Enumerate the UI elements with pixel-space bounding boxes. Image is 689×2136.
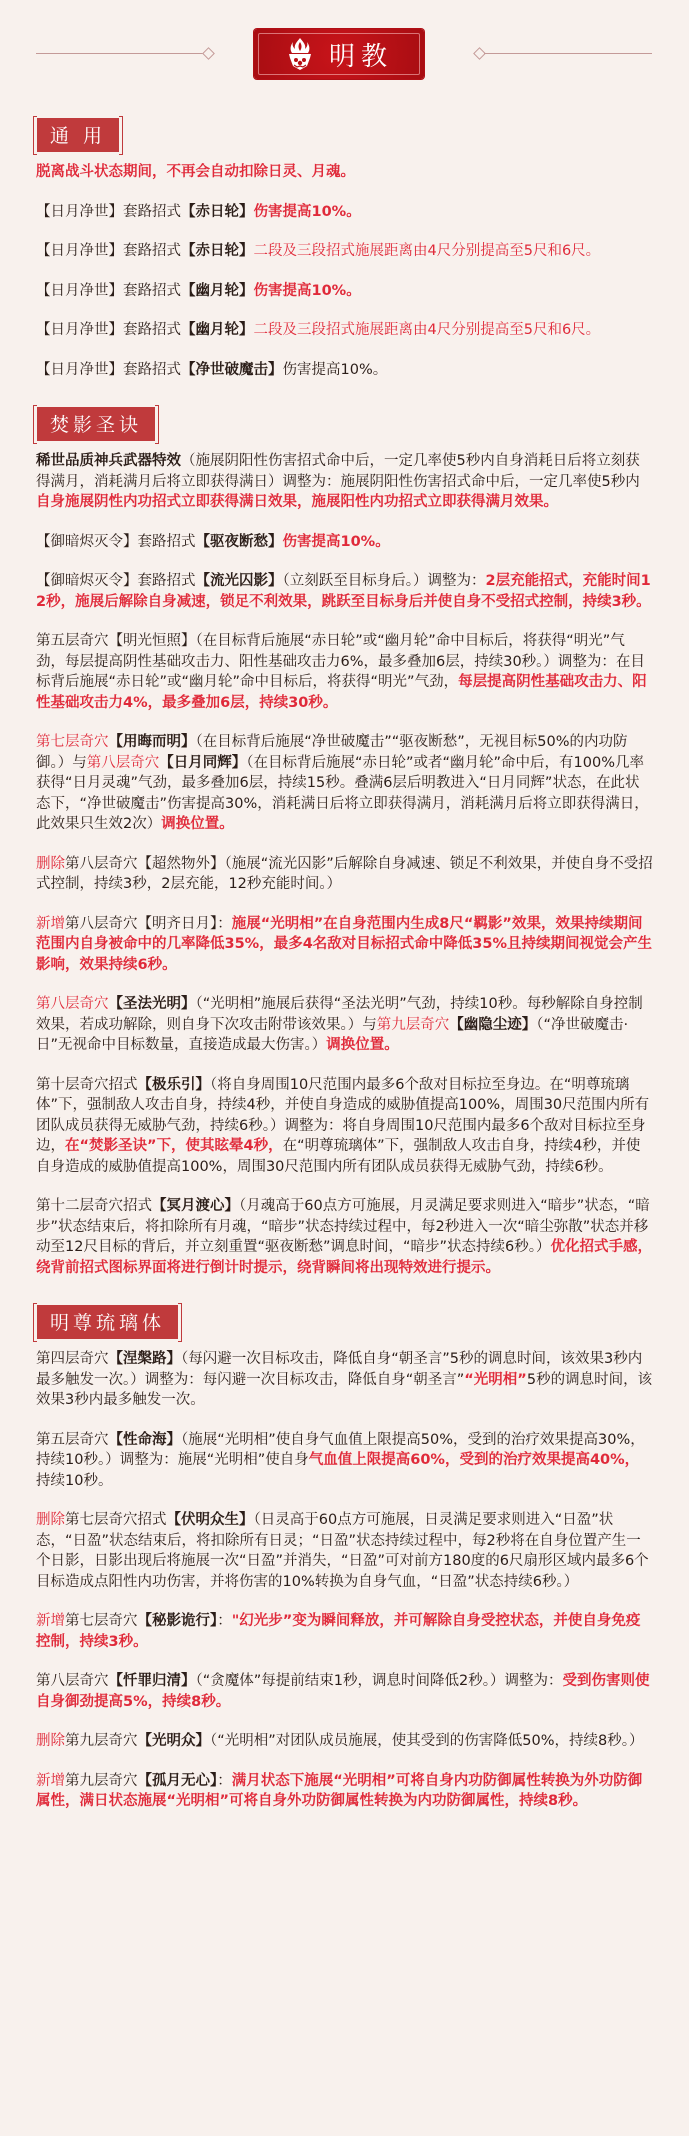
skill-name: 稀世品质神兵武器特效: [36, 453, 181, 469]
change-entry: 删除第八层奇穴【超然物外】（施展“流光囚影”后解除自身减速、锁足不利效果，并使自…: [36, 854, 653, 895]
body-text: （“光明相”对团队成员施展，使其受到的伤害降低50%，持续8秒。）: [210, 1733, 643, 1749]
section-mingzun-liulits: 明尊琉璃体 第四层奇穴【涅槃路】（每闪避一次目标攻击，降低自身“朝圣言”5秒的调…: [36, 1297, 653, 1812]
body-text: （立刻跃至目标身后。）调整为：: [283, 573, 486, 589]
highlight-text: 第七层奇穴: [36, 734, 109, 750]
change-entry: 删除第九层奇穴【光明众】（“光明相”对团队成员施展，使其受到的伤害降低50%，持…: [36, 1731, 653, 1752]
body-text: 第五层奇穴: [36, 1432, 109, 1448]
section-general: 通 用 脱离战斗状态期间，不再会自动扣除日灵、月魂。【日月净世】套路招式【赤日轮…: [36, 110, 653, 380]
body-text: 【御暗烬灭令】套路招式: [36, 534, 196, 550]
body-text: 第九层奇穴: [65, 1773, 138, 1789]
change-entry: 【御暗烬灭令】套路招式【驱夜断愁】伤害提高10%。: [36, 532, 653, 553]
body-text: 伤害提高10%。: [283, 362, 388, 378]
change-entry: 删除第七层奇穴招式【伏明众生】（日灵高于60点方可施展，日灵满足要求则进入“日盈…: [36, 1510, 653, 1592]
change-entry: 新增第九层奇穴【孤月无心】：满月状态下施展“光明相”可将自身内功防御属性转换为外…: [36, 1771, 653, 1812]
change-entry: 新增第八层奇穴【明齐日月】：施展“光明相”在自身范围内生成8尺“羁影”效果，效果…: [36, 914, 653, 976]
change-entry: 【日月净世】套路招式【幽月轮】伤害提高10%。: [36, 281, 653, 302]
body-text: 【日月净世】套路招式: [36, 362, 181, 378]
body-text: 第八层奇穴【超然物外】（施展“流光囚影”后解除自身减速、锁足不利效果，并使自身不…: [36, 856, 653, 893]
skill-name: 【幽月轮】: [181, 283, 254, 299]
change-entry: 第八层奇穴【圣法光明】（“光明相”施展后获得“圣法光明”气劲，持续10秒。每秒解…: [36, 994, 653, 1056]
body-text: 第四层奇穴: [36, 1351, 109, 1367]
body-text: ：: [217, 1773, 232, 1789]
highlight-text: 第八层奇穴: [36, 996, 109, 1012]
body-text: 第九层奇穴: [65, 1733, 138, 1749]
body-text: 【日月净世】套路招式: [36, 204, 181, 220]
skill-name: 【用晦而明】: [109, 734, 196, 750]
title-plate: 明教: [254, 29, 424, 79]
body-text: 【御暗烬灭令】套路招式: [36, 573, 196, 589]
change-entry: 【日月净世】套路招式【幽月轮】二段及三段招式施展距离由4尺分别提高至5尺和6尺。: [36, 320, 653, 341]
skill-name: 【圣法光明】: [109, 996, 196, 1012]
change-entry: 【日月净世】套路招式【净世破魔击】伤害提高10%。: [36, 360, 653, 381]
flame-mask-icon: [285, 36, 315, 72]
patch-notes-content: 通 用 脱离战斗状态期间，不再会自动扣除日灵、月魂。【日月净世】套路招式【赤日轮…: [0, 110, 689, 1812]
skill-name: 【幽月轮】: [181, 322, 254, 338]
highlight-text: 删除: [36, 856, 65, 872]
body-text: 第七层奇穴: [65, 1613, 138, 1629]
body-text: 第十层奇穴招式: [36, 1077, 138, 1093]
skill-name: 【日月同辉】: [159, 755, 246, 771]
highlight-text: 调换位置。: [326, 1037, 399, 1053]
body-text: 第八层奇穴: [36, 1673, 109, 1689]
body-text: 【日月净世】套路招式: [36, 283, 181, 299]
change-entry: 第四层奇穴【涅槃路】（每闪避一次目标攻击，降低自身“朝圣言”5秒的调息时间，该效…: [36, 1349, 653, 1411]
change-entry: 【御暗烬灭令】套路招式【流光囚影】（立刻跃至目标身后。）调整为：2层充能招式，充…: [36, 571, 653, 612]
change-entry: 第八层奇穴【忏罪归清】（“贪魔体”每提前结束1秒，调息时间降低2秒。）调整为：受…: [36, 1671, 653, 1712]
highlight-text: 二段及三段招式施展距离由4尺分别提高至5尺和6尺。: [254, 243, 601, 259]
divider-line-right: [484, 53, 652, 54]
highlight-text: 新增: [36, 1613, 65, 1629]
body-text: （“贪魔体”每提前结束1秒，调息时间降低2秒。）调整为：: [196, 1673, 563, 1689]
highlight-text: 伤害提高10%。: [254, 204, 361, 220]
change-entry: 新增第七层奇穴【秘影诡行】："幻光步”变为瞬间释放，并可解除自身受控状态，并使自…: [36, 1611, 653, 1652]
change-entry: 第十二层奇穴招式【冥月渡心】（月魂高于60点方可施展，月灵满足要求则进入“暗步”…: [36, 1196, 653, 1278]
skill-name: 【极乐引】: [138, 1077, 211, 1093]
skill-name: 【赤日轮】: [181, 243, 254, 259]
change-entry: 第五层奇穴【性命海】（施展“光明相”使自身气血值上限提高50%，受到的治疗效果提…: [36, 1430, 653, 1492]
body-text: 【日月净世】套路招式: [36, 243, 181, 259]
body-text: 第十二层奇穴招式: [36, 1198, 152, 1214]
skill-name: 【秘影诡行】: [138, 1613, 218, 1629]
section-fenying-shengjue: 焚影圣诀 稀世品质神兵武器特效（施展阴阳性伤害招式命中后，一定几率使5秒内自身消…: [36, 399, 653, 1278]
body-text: 第七层奇穴招式: [65, 1512, 167, 1528]
highlight-text: 第八层奇穴: [87, 755, 160, 771]
section-tag: 焚影圣诀: [36, 407, 156, 441]
skill-name: 【伏明众生】: [167, 1512, 254, 1528]
highlight-text: 自身施展阴性内功招式立即获得满日效果，施展阳性内功招式立即获得满月效果。: [36, 494, 558, 510]
highlight-text: 伤害提高10%。: [254, 283, 361, 299]
body-text: 第八层奇穴【明齐日月】：: [65, 916, 232, 932]
highlight-text: 伤害提高10%。: [283, 534, 390, 550]
skill-name: 【性命海】: [109, 1432, 182, 1448]
skill-name: 【赤日轮】: [181, 204, 254, 220]
highlight-text: 脱离战斗状态期间，不再会自动扣除日灵、月魂。: [36, 164, 355, 180]
skill-name: 【冥月渡心】: [152, 1198, 239, 1214]
skill-name: 【光明众】: [138, 1733, 211, 1749]
change-entry: 脱离战斗状态期间，不再会自动扣除日灵、月魂。: [36, 162, 653, 183]
section-tag: 明尊琉璃体: [36, 1305, 179, 1339]
divider-line-left: [36, 53, 204, 54]
highlight-text: “光明相”: [464, 1372, 527, 1388]
section-tag: 通 用: [36, 118, 120, 152]
highlight-text: 第九层奇穴: [377, 1017, 450, 1033]
highlight-text: 删除: [36, 1512, 65, 1528]
change-entry: 【日月净世】套路招式【赤日轮】二段及三段招式施展距离由4尺分别提高至5尺和6尺。: [36, 241, 653, 262]
highlight-text: 删除: [36, 1733, 65, 1749]
diamond-ornament-left-icon: [202, 47, 215, 60]
skill-name: 【驱夜断愁】: [196, 534, 283, 550]
skill-name: 【忏罪归清】: [109, 1673, 196, 1689]
change-entry: 第十层奇穴招式【极乐引】（将自身周围10尺范围内最多6个敌对目标拉至身边。在“明…: [36, 1075, 653, 1178]
skill-name: 【净世破魔击】: [181, 362, 283, 378]
skill-name: 【涅槃路】: [109, 1351, 182, 1367]
skill-name: 【幽隐尘迹】: [449, 1017, 536, 1033]
highlight-text: 在“焚影圣诀”下，使其眩晕4秒，: [65, 1138, 283, 1154]
highlight-text: 二段及三段招式施展距离由4尺分别提高至5尺和6尺。: [254, 322, 601, 338]
highlight-text: 调换位置。: [161, 816, 234, 832]
change-entry: 【日月净世】套路招式【赤日轮】伤害提高10%。: [36, 202, 653, 223]
skill-name: 【流光囚影】: [196, 573, 283, 589]
change-entry: 第五层奇穴【明光恒照】（在目标背后施展“赤日轮”或“幽月轮”命中目标后，将获得“…: [36, 631, 653, 713]
body-text: 【日月净世】套路招式: [36, 322, 181, 338]
change-entry: 稀世品质神兵武器特效（施展阴阳性伤害招式命中后，一定几率使5秒内自身消耗日后将立…: [36, 451, 653, 513]
skill-name: 【孤月无心】: [138, 1773, 218, 1789]
highlight-text: 新增: [36, 916, 65, 932]
page-header: 明教: [0, 0, 689, 110]
page-title: 明教: [329, 36, 393, 73]
body-text: ：: [217, 1613, 232, 1629]
highlight-text: 新增: [36, 1773, 65, 1789]
change-entry: 第七层奇穴【用晦而明】（在目标背后施展“净世破魔击”“驱夜断愁”，无视目标50%…: [36, 732, 653, 835]
body-text: 持续10秒。: [36, 1473, 112, 1489]
highlight-text: 气血值上限提高60%，受到的治疗效果提高40%，: [309, 1452, 639, 1468]
